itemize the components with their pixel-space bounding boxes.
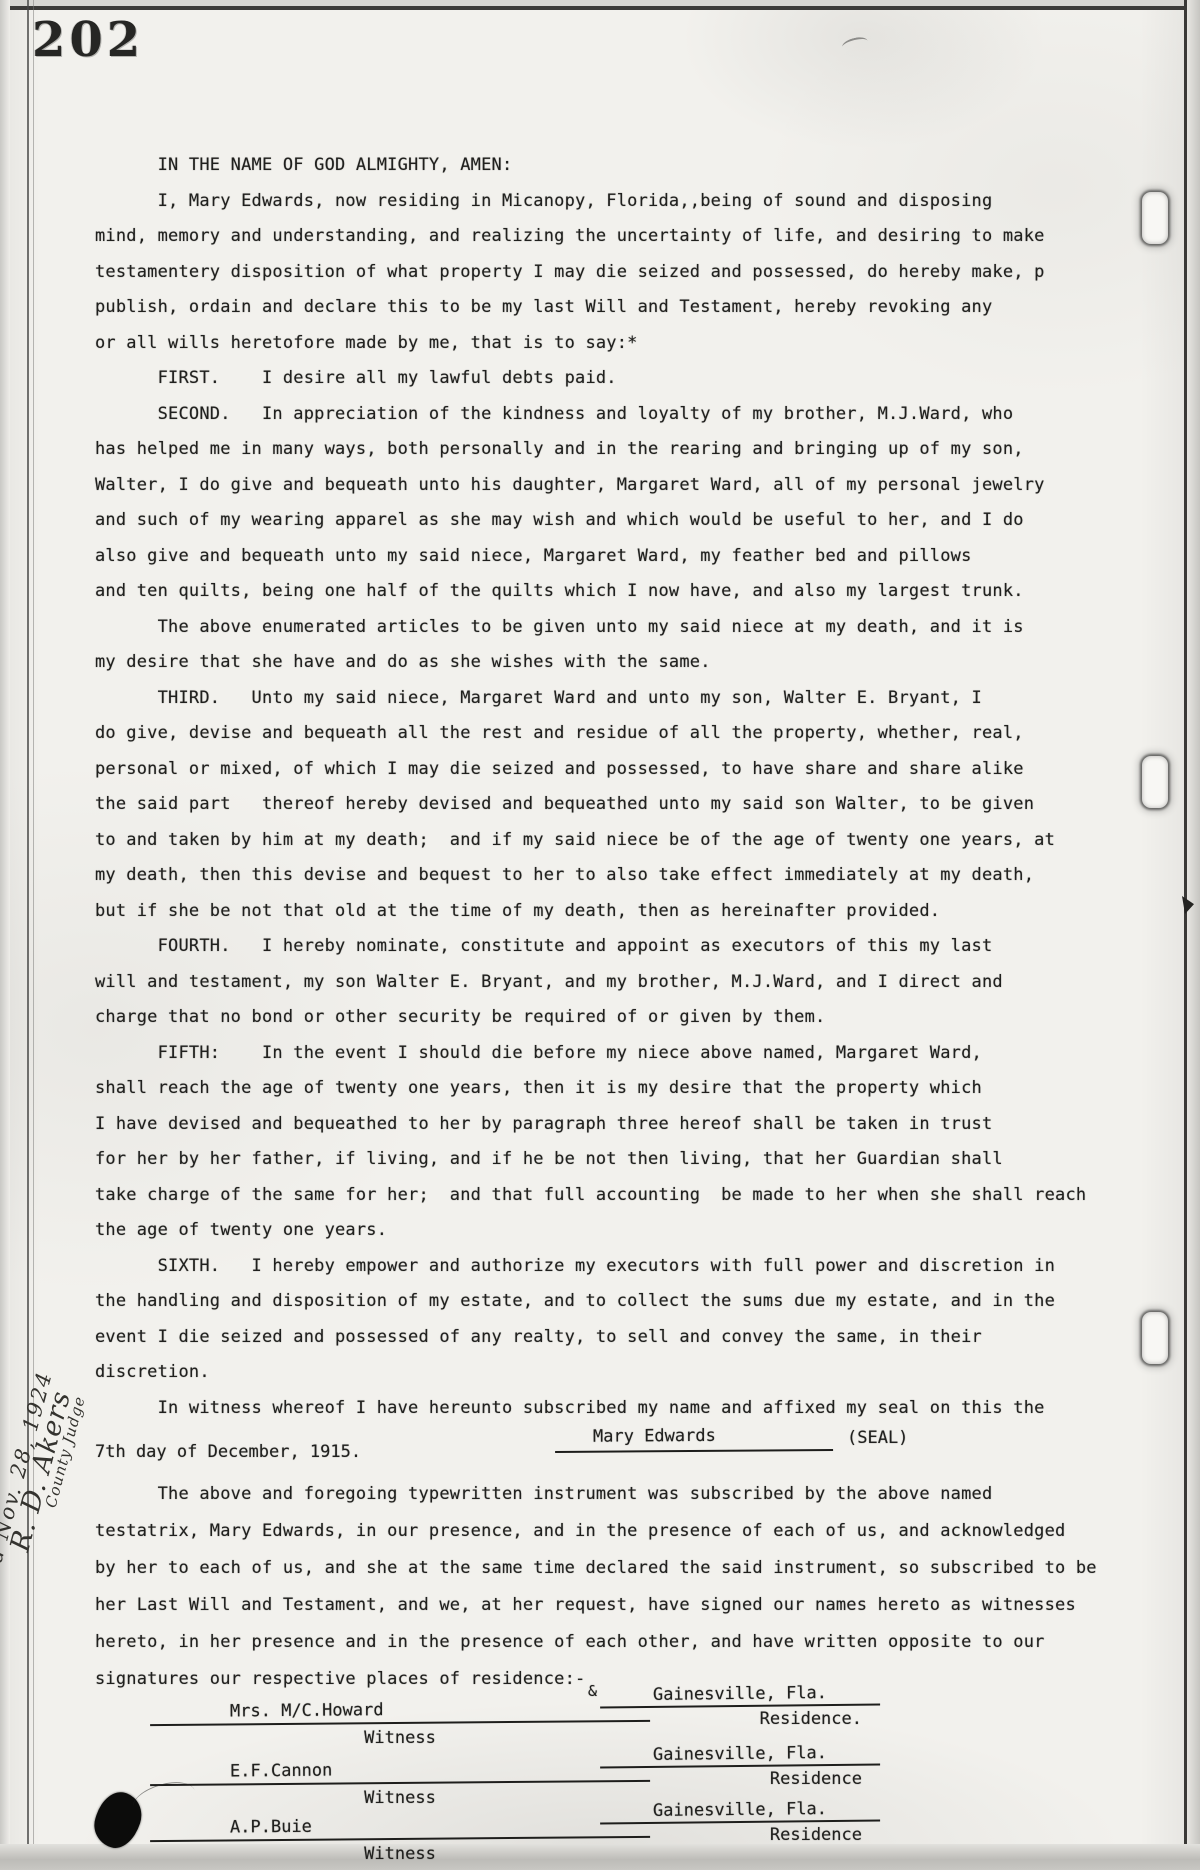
typed-text-line: and such of my wearing apparel as she ma…	[95, 503, 1097, 539]
residence-label: Residence	[600, 1769, 880, 1789]
typed-text-line: has helped me in many ways, both persona…	[95, 432, 1097, 468]
witness-name: Mrs. M/C.Howard	[150, 1698, 650, 1726]
witness-residence-area: Gainesville, Fla.Residence	[600, 1744, 880, 1789]
witness-residence: Gainesville, Fla.	[600, 1683, 880, 1709]
typed-text-line: In witness whereof I have hereunto subsc…	[95, 1391, 1097, 1427]
typed-text-line: publish, ordain and declare this to be m…	[95, 290, 1097, 326]
typed-text-line: or all wills heretofore made by me, that…	[95, 326, 1097, 362]
typed-text-line: FIFTH: In the event I should die before …	[95, 1036, 1097, 1072]
witness-role-label: Witness	[150, 1728, 650, 1748]
typed-text-line: and ten quilts, being one half of the qu…	[95, 574, 1097, 610]
witness-residence-area: Gainesville, Fla.Residence	[600, 1800, 880, 1845]
scanned-will-page: 202 IN THE NAME OF GOD ALMIGHTY, AMEN: I…	[0, 0, 1200, 1870]
witness-residence: Gainesville, Fla.	[600, 1799, 880, 1825]
witness-role-label: Witness	[150, 1788, 650, 1808]
witness-residence-area: &Gainesville, Fla.Residence.	[600, 1684, 880, 1729]
typed-text-line: by her to each of us, and she at the sam…	[95, 1550, 1097, 1587]
typed-text-line: FOURTH. I hereby nominate, constitute an…	[95, 929, 1097, 965]
typed-text-line: FIRST. I desire all my lawful debts paid…	[95, 361, 1097, 397]
typed-text-line: The above enumerated articles to be give…	[95, 610, 1097, 646]
binding-hole-middle	[1142, 756, 1168, 808]
page-number: 202	[32, 12, 144, 68]
attestation-clause-text: The above and foregoing typewritten inst…	[95, 1476, 1097, 1698]
typed-text-line: my desire that she have and do as she wi…	[95, 645, 1097, 681]
typed-text-line: SECOND. In appreciation of the kindness …	[95, 397, 1097, 433]
signature-row: 7th day of December, 1915. Mary Edwards …	[95, 1428, 1097, 1472]
typed-text-line: the age of twenty one years.	[95, 1213, 1097, 1249]
typed-text-line: shall reach the age of twenty one years,…	[95, 1071, 1097, 1107]
typed-text-line: I, Mary Edwards, now residing in Micanop…	[95, 184, 1097, 220]
typed-text-line: hereto, in her presence and in the prese…	[95, 1624, 1097, 1661]
typed-text-line: event I die seized and possessed of any …	[95, 1320, 1097, 1356]
date-line: 7th day of December, 1915.	[95, 1442, 361, 1462]
pen-squiggle-mark	[841, 35, 869, 53]
residence-label: Residence.	[600, 1709, 880, 1729]
typed-text-line: charge that no bond or other security be…	[95, 1000, 1097, 1036]
binding-hole-bottom	[1142, 1312, 1168, 1364]
witness-signature-area: E.F.CannonWitness	[150, 1760, 650, 1808]
page-top-rule	[0, 6, 1200, 10]
seal-label: (SEAL)	[847, 1428, 908, 1448]
typed-text-line: the said part thereof hereby devised and…	[95, 787, 1097, 823]
typed-text-line: for her by her father, if living, and if…	[95, 1142, 1097, 1178]
residence-label: Residence	[600, 1825, 880, 1845]
witness-name: E.F.Cannon	[150, 1758, 650, 1786]
ampersand-mark: &	[588, 1682, 597, 1700]
typed-text-line: testamentery disposition of what propert…	[95, 255, 1097, 291]
testator-signature-name: Mary Edwards	[593, 1426, 716, 1447]
typed-text-line: will and testament, my son Walter E. Bry…	[95, 965, 1097, 1001]
typed-text-line: also give and bequeath unto my said niec…	[95, 539, 1097, 575]
typed-text-line: her Last Will and Testament, and we, at …	[95, 1587, 1097, 1624]
typed-text-line: do give, devise and bequeath all the res…	[95, 716, 1097, 752]
typed-text-line: SIXTH. I hereby empower and authorize my…	[95, 1249, 1097, 1285]
typed-text-line: personal or mixed, of which I may die se…	[95, 752, 1097, 788]
typed-text-line: testatrix, Mary Edwards, in our presence…	[95, 1513, 1097, 1550]
witness-signature-area: A.P.BuieWitness	[150, 1816, 650, 1864]
typed-text-line: to and taken by him at my death; and if …	[95, 823, 1097, 859]
typed-text-line: I have devised and bequeathed to her by …	[95, 1107, 1097, 1143]
witness-residence: Gainesville, Fla.	[600, 1743, 880, 1769]
will-body-text: IN THE NAME OF GOD ALMIGHTY, AMEN: I, Ma…	[95, 148, 1097, 1426]
typed-text-line: the handling and disposition of my estat…	[95, 1284, 1097, 1320]
typed-text-line: mind, memory and understanding, and real…	[95, 219, 1097, 255]
witness-signature-area: Mrs. M/C.HowardWitness	[150, 1700, 650, 1748]
testator-signature-line: Mary Edwards	[555, 1425, 833, 1453]
typed-text-line: THIRD. Unto my said niece, Margaret Ward…	[95, 681, 1097, 717]
scan-edge-right	[1187, 0, 1200, 1870]
typed-text-line: Walter, I do give and bequeath unto his …	[95, 468, 1097, 504]
typed-text-line: take charge of the same for her; and tha…	[95, 1178, 1097, 1214]
typed-text-line: The above and foregoing typewritten inst…	[95, 1476, 1097, 1513]
typed-text-line: discretion.	[95, 1355, 1097, 1391]
typed-text-line: IN THE NAME OF GOD ALMIGHTY, AMEN:	[95, 148, 1097, 184]
witness-name: A.P.Buie	[150, 1814, 650, 1842]
witness-role-label: Witness	[150, 1844, 650, 1864]
binding-hole-top	[1142, 192, 1168, 244]
typed-text-line: but if she be not that old at the time o…	[95, 894, 1097, 930]
typed-text-line: my death, then this devise and bequest t…	[95, 858, 1097, 894]
